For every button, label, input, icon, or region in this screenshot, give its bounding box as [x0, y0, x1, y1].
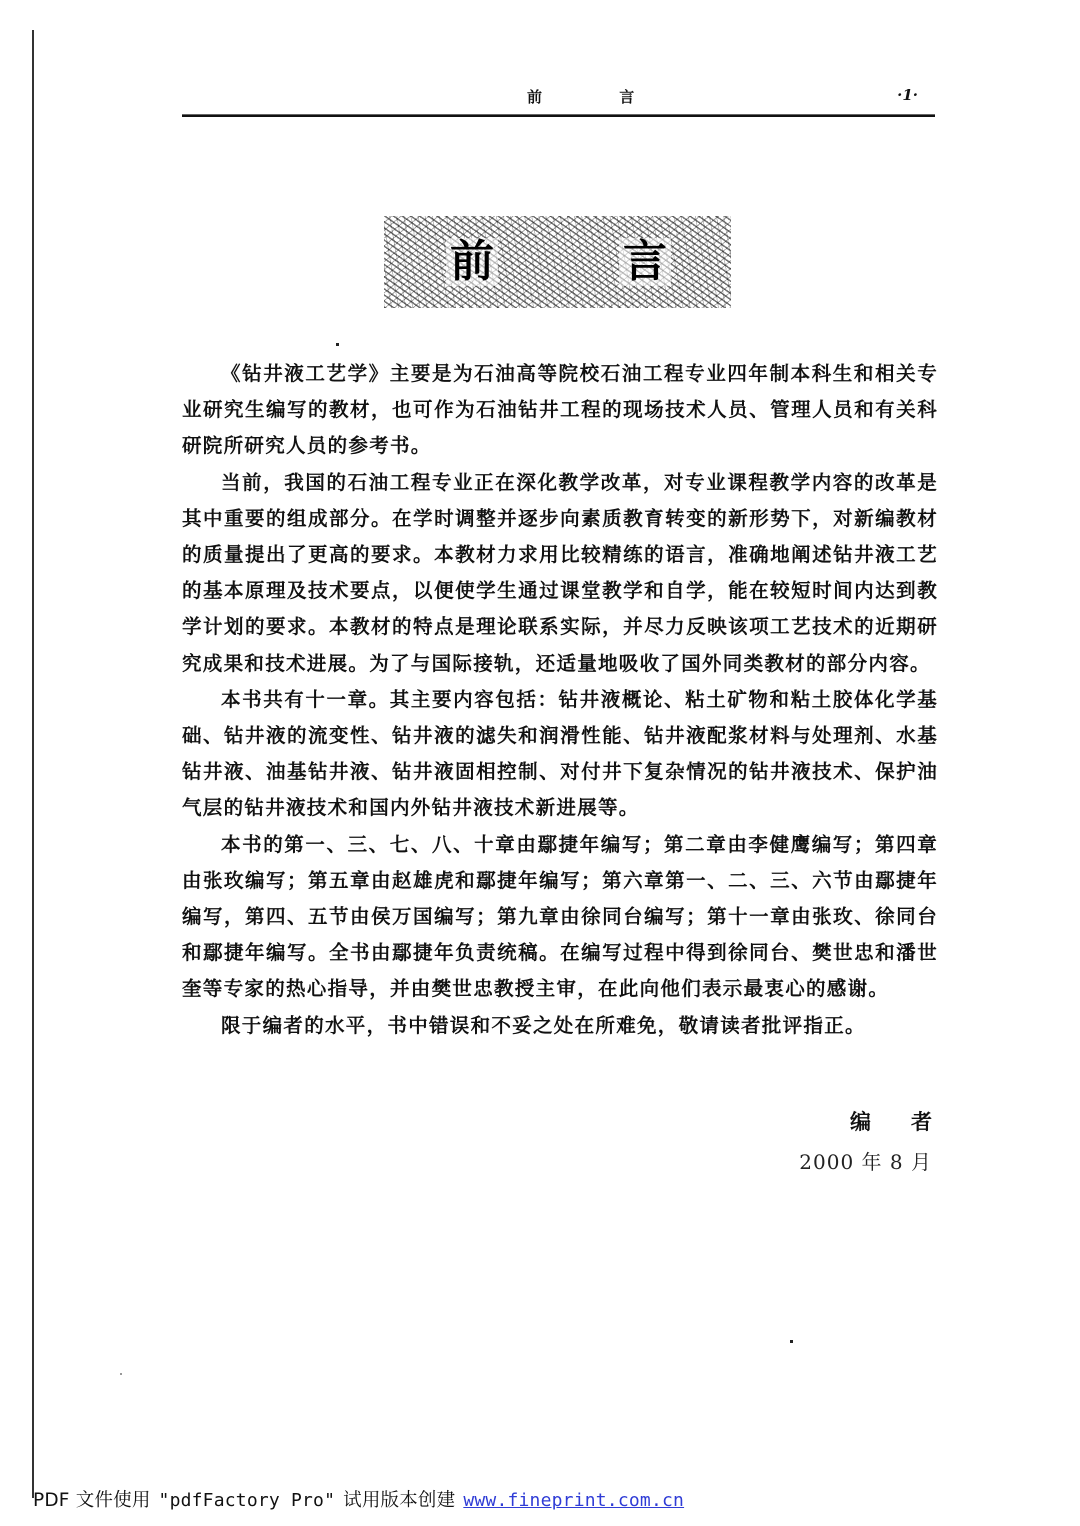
watermark-suffix: 试用版本创建	[343, 1490, 455, 1511]
chapter-title-banner: 前 言	[384, 216, 731, 308]
scan-speck	[336, 343, 339, 346]
paragraph: 《钻井液工艺学》主要是为石油高等院校石油工程专业四年制本科生和相关专业研究生编写…	[182, 356, 938, 465]
pdf-watermark: PDF 文件使用"pdfFactory Pro"试用版本创建www.finepr…	[33, 1486, 684, 1512]
signature-editor: 编者	[799, 1106, 972, 1136]
scan-speck	[120, 1373, 122, 1375]
watermark-product: "pdfFactory Pro"	[159, 1490, 336, 1511]
header-rule	[182, 115, 935, 117]
running-header-title: 前 言	[527, 86, 670, 107]
scan-speck	[790, 1340, 793, 1343]
signature-block: 编者 2000 年 8 月	[799, 1106, 932, 1175]
watermark-prefix: PDF 文件使用	[33, 1490, 151, 1511]
fineprint-link[interactable]: www.fineprint.com.cn	[463, 1490, 684, 1511]
paragraph: 本书共有十一章。其主要内容包括：钻井液概论、粘土矿物和粘土胶体化学基础、钻井液的…	[182, 682, 938, 827]
chapter-title-char-2: 言	[619, 238, 671, 286]
paragraph: 当前，我国的石油工程专业正在深化教学改革，对专业课程教学内容的改革是其中重要的组…	[182, 465, 938, 682]
chapter-title-char-1: 前	[446, 238, 498, 286]
paragraph: 限于编者的水平，书中错误和不妥之处在所难免，敬请读者批评指正。	[182, 1008, 938, 1044]
running-header: 前 言 ·1·	[182, 82, 936, 116]
paragraph: 本书的第一、三、七、八、十章由鄢捷年编写；第二章由李健鹰编写；第四章由张玫编写；…	[182, 827, 938, 1008]
page-number: ·1·	[897, 86, 918, 104]
signature-date: 2000 年 8 月	[799, 1146, 932, 1175]
preface-body: 《钻井液工艺学》主要是为石油高等院校石油工程专业四年制本科生和相关专业研究生编写…	[182, 356, 938, 1044]
page-edge-line	[32, 30, 34, 1498]
